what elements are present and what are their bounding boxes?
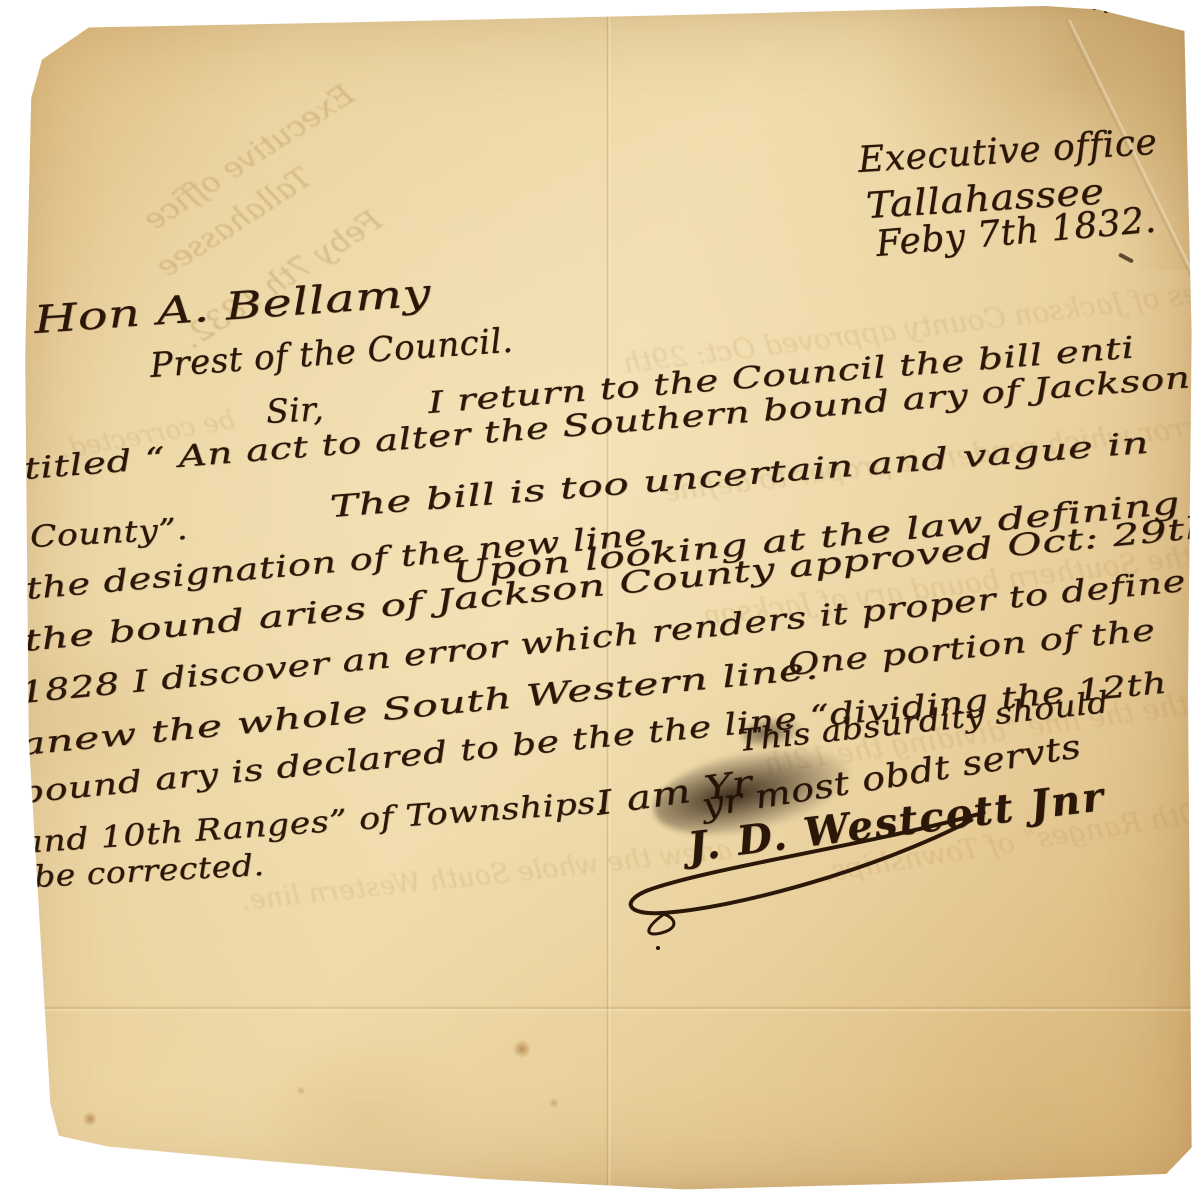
paper-stain	[296, 1086, 306, 1095]
letter-paper: Executive office Tallahassee Feby 7th 18…	[0, 0, 1200, 1193]
scan-background: Executive office Tallahassee Feby 7th 18…	[0, 0, 1200, 1193]
body-line: County”.	[29, 512, 189, 555]
ink-speck	[345, 14, 350, 18]
salutation: Sir,	[265, 389, 325, 431]
paper-stain	[512, 1040, 532, 1058]
fold-line-horizontal	[0, 1006, 1200, 1012]
paper-stain	[548, 1098, 560, 1108]
ink-speck	[656, 946, 660, 950]
paper-stain	[82, 1112, 98, 1126]
ink-speck	[1104, 10, 1108, 13]
ink-speck	[1092, 6, 1097, 10]
